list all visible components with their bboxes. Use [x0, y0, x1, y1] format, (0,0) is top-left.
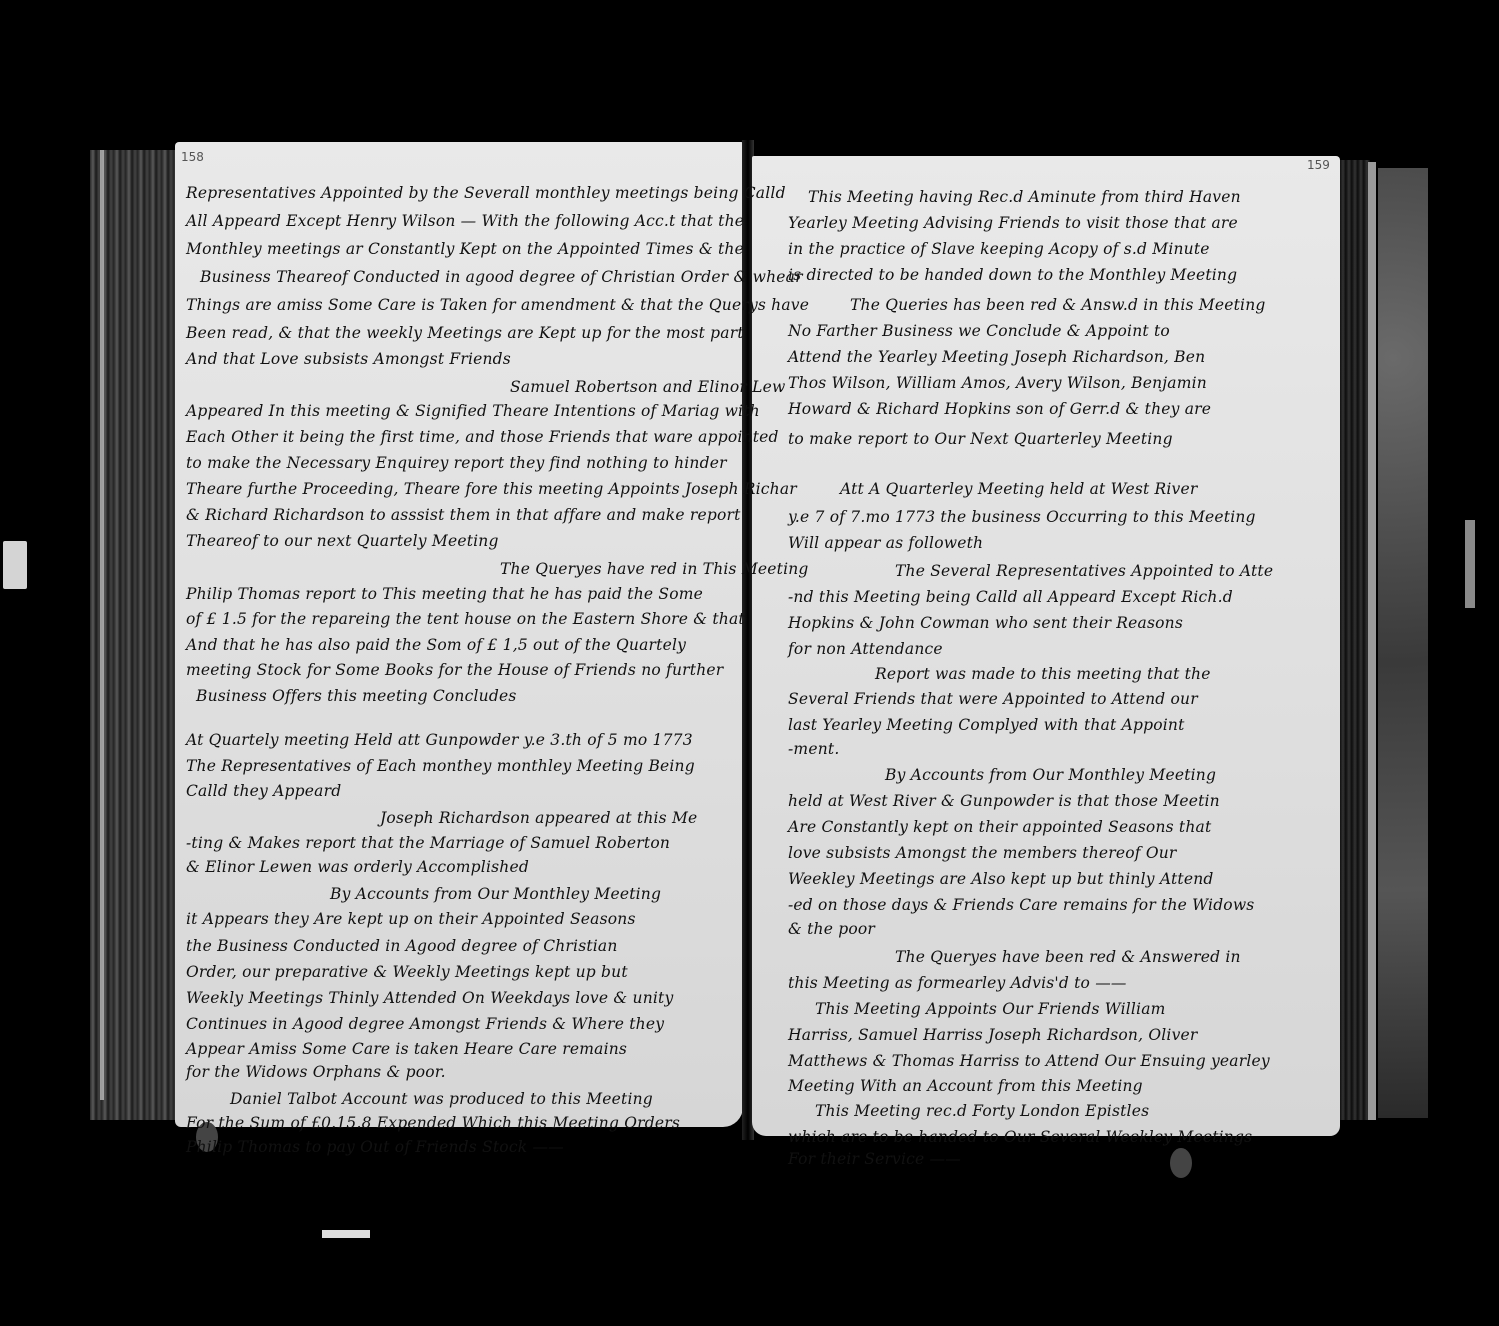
handwritten-line: it Appears they Are kept up on their App… [186, 910, 636, 928]
handwritten-line: for non Attendance [788, 640, 943, 658]
handwritten-line: this Meeting as formearley Advis'd to —— [788, 974, 1127, 992]
handwritten-line: to make the Necessary Enquirey report th… [186, 454, 727, 472]
handwritten-line: Daniel Talbot Account was produced to th… [230, 1090, 653, 1108]
handwritten-line: No Farther Business we Conclude & Appoin… [788, 322, 1170, 340]
handwritten-line: Attend the Yearley Meeting Joseph Richar… [788, 348, 1205, 366]
film-edge-tab [322, 1230, 370, 1238]
handwritten-line: Theareof to our next Quartely Meeting [186, 532, 499, 550]
handwritten-line: Howard & Richard Hopkins son of Gerr.d &… [788, 400, 1211, 418]
handwritten-line: For their Service —— [788, 1150, 961, 1168]
handwritten-line: Thos Wilson, William Amos, Avery Wilson,… [788, 374, 1207, 392]
handwritten-line: Continues in Agood degree Amongst Friend… [186, 1015, 664, 1033]
handwritten-line: This Meeting rec.d Forty London Epistles [815, 1102, 1149, 1120]
handwritten-line: The Representatives of Each monthey mont… [186, 757, 695, 775]
handwritten-line: for the Widows Orphans & poor. [186, 1063, 446, 1081]
handwritten-line: Order, our preparative & Weekly Meetings… [186, 963, 628, 981]
handwritten-line: Monthley meetings ar Constantly Kept on … [186, 240, 744, 258]
handwritten-line: meeting Stock for Some Books for the Hou… [186, 661, 723, 679]
handwritten-line: And that he has also paid the Som of £ 1… [186, 636, 686, 654]
handwritten-line: -ed on those days & Friends Care remains… [788, 896, 1254, 914]
handwritten-line: Things are amiss Some Care is Taken for … [186, 296, 809, 314]
handwritten-line: y.e 7 of 7.mo 1773 the business Occurrin… [788, 508, 1256, 526]
handwritten-line: For the Sum of £0.15.8 Expended Which th… [186, 1114, 680, 1132]
handwritten-line: -ting & Makes report that the Marriage o… [186, 834, 670, 852]
page-number: 159 [1307, 158, 1330, 172]
handwritten-line: Philip Thomas report to This meeting tha… [186, 585, 703, 603]
handwritten-line: & the poor [788, 920, 875, 938]
handwritten-line: Appear Amiss Some Care is taken Heare Ca… [186, 1040, 627, 1058]
handwritten-line: & Elinor Lewen was orderly Accomplished [186, 858, 529, 876]
handwritten-line: Several Friends that were Appointed to A… [788, 690, 1198, 708]
handwritten-line: The Queries has been red & Answ.d in thi… [850, 296, 1266, 314]
handwritten-line: Matthews & Thomas Harriss to Attend Our … [788, 1052, 1270, 1070]
handwritten-line: is directed to be handed down to the Mon… [788, 266, 1237, 284]
handwritten-line: Will appear as followeth [788, 534, 983, 552]
handwritten-line: -ment. [788, 740, 839, 758]
handwritten-line: Weekley Meetings are Also kept up but th… [788, 870, 1214, 888]
handwritten-line: Joseph Richardson appeared at this Me [380, 809, 697, 827]
handwritten-line: last Yearley Meeting Complyed with that … [788, 716, 1185, 734]
handwritten-line: Business Theareof Conducted in agood deg… [200, 268, 803, 286]
handwritten-line: Samuel Robertson and Elinor Lew [510, 378, 785, 396]
handwritten-line: Yearley Meeting Advising Friends to visi… [788, 214, 1238, 232]
handwritten-line: to make report to Our Next Quarterley Me… [788, 430, 1173, 448]
handwritten-line: Appeared In this meeting & Signified The… [186, 402, 760, 420]
handwritten-line: This Meeting having Rec.d Aminute from t… [808, 188, 1241, 206]
handwritten-line: The Queryes have red in This Meeting [500, 560, 809, 578]
handwritten-line: & Richard Richardson to asssist them in … [186, 506, 741, 524]
handwritten-line: Theare furthe Proceeding, Theare fore th… [186, 480, 797, 498]
handwritten-line: All Appeard Except Henry Wilson — With t… [186, 212, 744, 230]
handwritten-line: Meeting With an Account from this Meetin… [788, 1077, 1143, 1095]
handwritten-line: Business Offers this meeting Concludes [196, 687, 516, 705]
handwritten-line: The Several Representatives Appointed to… [895, 562, 1273, 580]
handwritten-line: the Business Conducted in Agood degree o… [186, 937, 618, 955]
handwritten-line: love subsists Amongst the members thereo… [788, 844, 1177, 862]
film-edge-tab [1465, 520, 1475, 608]
handwritten-line: Been read, & that the weekly Meetings ar… [186, 324, 744, 342]
handwritten-line: Harriss, Samuel Harriss Joseph Richardso… [788, 1026, 1198, 1044]
handwritten-line: Report was made to this meeting that the [875, 665, 1211, 683]
handwritten-line: of £ 1.5 for the repareing the tent hous… [186, 610, 745, 628]
handwritten-line: At Quartely meeting Held att Gunpowder y… [186, 731, 693, 749]
book-page-edges-right [1340, 160, 1370, 1120]
handwritten-line: Calld they Appeard [186, 782, 341, 800]
manuscript-scan: 158 159 Representatives Appointed by the… [0, 0, 1499, 1326]
handwritten-line: The Queryes have been red & Answered in [895, 948, 1241, 966]
handwritten-line: Att A Quarterley Meeting held at West Ri… [840, 480, 1198, 498]
handwritten-line: By Accounts from Our Monthley Meeting [330, 885, 661, 903]
handwritten-line: Weekly Meetings Thinly Attended On Weekd… [186, 989, 673, 1007]
book-edge-strip [1368, 162, 1376, 1120]
handwritten-line: Representatives Appointed by the Several… [186, 184, 786, 202]
book-edge-highlight [100, 150, 104, 1100]
handwritten-line: And that Love subsists Amongst Friends [186, 350, 511, 368]
handwritten-line: By Accounts from Our Monthley Meeting [885, 766, 1216, 784]
book-cover-marbled [1378, 168, 1428, 1118]
handwritten-line: held at West River & Gunpowder is that t… [788, 792, 1220, 810]
handwritten-line: which are to be handed to Our Several We… [788, 1128, 1252, 1146]
handwritten-line: Are Constantly kept on their appointed S… [788, 818, 1211, 836]
handwritten-line: in the practice of Slave keeping Acopy o… [788, 240, 1210, 258]
film-edge-tab [3, 541, 27, 589]
handwritten-line: Philip Thomas to pay Out of Friends Stoc… [186, 1138, 564, 1156]
handwritten-line: Hopkins & John Cowman who sent their Rea… [788, 614, 1183, 632]
page-number: 158 [181, 150, 204, 164]
handwritten-line: Each Other it being the first time, and … [186, 428, 779, 446]
handwritten-line: -nd this Meeting being Calld all Appeard… [788, 588, 1233, 606]
handwritten-line: This Meeting Appoints Our Friends Willia… [815, 1000, 1166, 1018]
page-holder-clip [1170, 1148, 1192, 1178]
